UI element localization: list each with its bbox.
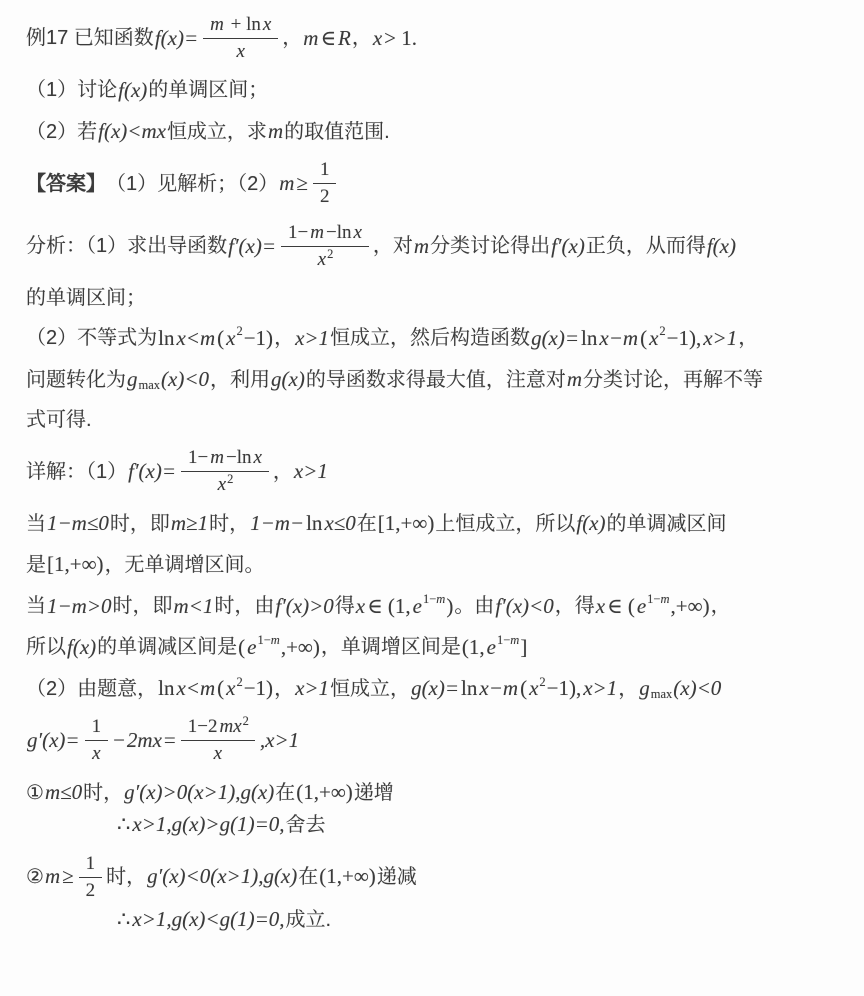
case-circle2-conclusion: ∴x>1,g(x)<g(1)=0,成立. [26,906,844,933]
math-italic-run: f(x) [117,77,148,104]
text-run: 的单调区间； [148,77,268,103]
math-roman-run: (1,+∞) [318,863,377,890]
math-italic-run: g′(x)>0(x>1),g(x) [123,779,275,806]
text-run: 时，即 [113,593,173,619]
text-run: ， [711,593,731,619]
math-roman-run: ] [519,634,528,661]
superscript: 2 [227,472,233,486]
text-run: 在 [357,511,377,537]
math-italic-run: 1−m− [249,510,305,537]
text-run: 递增 [354,780,394,806]
math-roman-run: −ln [325,222,353,243]
text-run: 详解：（1） [26,459,127,485]
text-run: 问题转化为 [26,367,126,393]
fraction-numerator: 1 [79,853,103,878]
text-run: 时， [209,511,249,537]
text-run: 恒成立，求 [167,119,267,145]
text-run: ， [274,676,294,702]
math-italic-run: m [302,25,319,52]
math-roman-run: 2 [539,675,545,689]
text-run: 例17 已知函数 [26,25,154,51]
math-roman-run: 1− [423,592,436,606]
math-italic-run: (x)<0 [160,366,210,393]
math-roman-run: ( [216,675,225,702]
math-roman-run: ∈ [319,25,337,52]
math-roman-run: ∈ ( [606,593,636,620]
math-italic-run: f(x)<mx [97,118,167,145]
problem-statement: 例17 已知函数 f(x)=m + lnxx， m ∈ R， x > 1. [26,14,844,63]
math-roman-run: ln [157,675,175,702]
math-italic-run: x [648,325,659,352]
fraction: 1−m−lnxx2 [181,447,269,496]
math-italic-run: 1−m>0 [46,593,113,620]
math-roman-run: (1,+∞) [295,779,354,806]
math-roman-run: ln [157,325,175,352]
fraction: 12 [79,853,103,902]
math-italic-run: e [412,593,423,620]
math-italic-run: x<m [175,325,216,352]
math-italic-run: 1−m≤0 [46,510,110,537]
math-roman-run: ,+∞) [280,634,321,661]
text-run: ② [26,864,44,890]
math-italic-run: f(x) [575,510,606,537]
math-italic-run: x [213,743,223,764]
math-italic-run: g′(x)<0(x>1),g(x) [146,863,298,890]
math-roman-run: ( [639,325,648,352]
text-run: 成立. [286,907,332,933]
math-italic-run: x [262,14,272,35]
math-roman-run: 2 [236,324,242,338]
math-italic-run: m [436,592,445,606]
math-roman-run: ∴ [116,906,131,933]
text-run: 当 [26,511,46,537]
scanned-math-document: 例17 已知函数 f(x)=m + lnxx， m ∈ R， x > 1.（1）… [0,0,864,996]
text-run: 。由 [454,593,494,619]
math-italic-run: m≤0 [44,779,83,806]
answer-summary: 【答案】（1）见解析；（2）m ≥ 12 [26,159,844,208]
math-italic-run: x>1,g(x)<g(1)=0, [131,906,285,933]
text-run: ， [352,25,372,51]
solution-part1-derivative: 详解：（1）f′(x)=1−m−lnxx2， x>1 [26,447,844,496]
text-run: ，单调增区间是 [321,634,461,660]
math-roman-run: ln [580,325,598,352]
case2-monotonic-line2: 所以 f(x) 的单调减区间是(e1−m,+∞)，单调增区间是(1,e1−m] [26,634,844,661]
g-derivative-equation: g′(x)=1x− 2mx =1−2mx2x,x>1 [26,716,844,765]
math-italic-run: m [209,447,225,468]
analysis-part1-continued: 的单调区间； [26,285,844,311]
math-italic-run: f′(x)<0 [494,593,554,620]
math-roman-run: 2 [659,324,665,338]
math-italic-run: R [337,25,352,52]
math-italic-run: x>1,g(x)>g(1)=0, [131,811,285,838]
math-roman-run: ) [445,593,454,620]
math-italic-run: x [528,675,539,702]
math-roman-run: ≥ [295,170,309,197]
text-run: 的单调减区间是 [97,634,237,660]
superscript: 2 [243,714,249,728]
math-roman-run: ln [305,510,323,537]
fraction: 1−m−lnxx2 [281,222,369,271]
math-italic-run: m [660,592,669,606]
math-italic-run: x>1 [294,325,330,352]
math-roman-run: −ln [225,447,253,468]
text-run: 式可得. [26,407,92,433]
math-italic-run: f(x)= [154,25,199,52]
math-roman-run: 1− [647,592,660,606]
text-run: 在 [298,864,318,890]
math-roman-run: − [112,727,126,754]
fraction-denominator: 2 [313,184,337,208]
text-run: （1）见解析；（2） [106,171,278,197]
text-run: 分析：（1）求出导函数 [26,233,227,259]
math-italic-run: g(x)= [530,325,580,352]
text-run: 是 [26,552,46,578]
text-run: 的导函数求得最大值，注意对 [306,367,566,393]
math-italic-run: x [217,474,227,495]
math-italic-run: m [267,118,284,145]
math-italic-run: m [278,170,295,197]
math-italic-run: 2mx [126,727,163,754]
document-content: 例17 已知函数 f(x)=m + lnxx， m ∈ R， x > 1.（1）… [26,14,844,934]
math-italic-run: f′(x)>0 [274,593,334,620]
math-italic-run: e [486,634,497,661]
superscript: 2 [327,247,333,261]
analysis-part2: （2）不等式为 lnx<m(x2−1)，x>1 恒成立，然后构造函数 g(x)=… [26,325,844,352]
text-run: 舍去 [286,812,326,838]
text-run: 分类讨论，再解不等 [583,367,763,393]
math-italic-run: g(x) [270,366,306,393]
text-run: 的单调减区间 [607,511,727,537]
math-roman-run: 1 [319,159,331,180]
math-roman-run: ∴ [116,811,131,838]
math-roman-run: 2 [319,186,331,207]
math-italic-run: f′(x)= [227,233,277,260]
math-italic-run: x [225,675,236,702]
text-run: 的单调区间； [26,285,146,311]
math-italic-run: m [413,233,430,260]
math-roman-run: [1,+∞) [377,510,436,537]
math-italic-run: x−m [478,675,519,702]
text-run: （2）若 [26,119,97,145]
text-run: 恒成立，然后构造函数 [330,325,530,351]
math-italic-run: mx [218,716,242,737]
math-italic-run: x [595,593,606,620]
fraction-numerator: 1−m−lnx [181,447,269,472]
text-run: ，对 [373,233,413,259]
math-italic-run: m [44,863,61,890]
math-roman-run: ln [460,675,478,702]
math-italic-run: x [352,222,362,243]
math-italic-run: (x)<0 [672,675,722,702]
math-italic-run: x [252,447,262,468]
math-roman-run: ( [519,675,528,702]
text-run: 时， [106,864,146,890]
solution-part2-setup: （2）由题意， lnx<m(x2−1)， x>1 恒成立， g(x)=lnx−m… [26,675,844,702]
math-italic-run: g [638,675,651,702]
case-circle1-conclusion: ∴x>1,g(x)>g(1)=0,舍去 [26,811,844,838]
math-roman-run: ,+∞) [670,593,711,620]
fraction-denominator: x [85,741,107,765]
math-roman-run: (1, [461,634,486,661]
fraction-numerator: 1 [313,159,337,184]
text-run: 得 [335,593,355,619]
math-roman-run: 2 [327,247,333,261]
math-roman-run: −1) [243,675,274,702]
math-italic-run: g′(x)= [26,727,81,754]
math-roman-run: 1− [287,222,309,243]
math-italic-run: m [271,633,280,647]
text-run: 恒成立， [330,676,410,702]
math-italic-run: x>1 [293,458,329,485]
fraction-denominator: x2 [211,472,240,496]
text-run: ，无单调增区间。 [105,552,265,578]
math-roman-run: 2 [227,472,233,486]
fraction-numerator: 1−m−lnx [281,222,369,247]
math-italic-run: ,x>1 [259,727,300,754]
math-roman-run: −1) [243,325,274,352]
fraction: 1x [85,716,109,765]
math-roman-run: 1 [91,716,103,737]
math-roman-run: 1− [497,633,510,647]
analysis-part2-continued: 问题转化为 gmax(x)<0，利用 g(x) 的导函数求得最大值，注意对 m … [26,366,844,393]
math-italic-run: x [91,743,101,764]
text-run: 在 [275,780,295,806]
fraction: 1−2mx2x [181,716,255,765]
math-roman-run: 2 [85,880,97,901]
text-run: （2）由题意， [26,676,157,702]
math-italic-run: m≥1 [170,510,209,537]
math-italic-run: m [309,222,325,243]
math-italic-run: g [126,366,139,393]
text-run: ， [282,25,302,51]
text-run: 时， [83,780,123,806]
math-italic-run: m<1 [173,593,215,620]
part1-question: （1）讨论 f(x) 的单调区间； [26,77,844,104]
math-italic-run: x [355,593,366,620]
fraction-denominator: x [229,39,251,63]
fraction-denominator: x2 [311,247,340,271]
math-italic-run: m [510,633,519,647]
text-run: ，利用 [210,367,270,393]
math-italic-run: g(x)= [410,675,460,702]
math-roman-run: > 1. [383,25,418,52]
text-run: 时，即 [110,511,170,537]
math-roman-run: 1−2 [187,716,219,737]
math-roman-run: + ln [225,14,262,35]
math-roman-run: ∈ (1, [366,593,412,620]
math-roman-run: = [163,727,177,754]
math-italic-run: e [246,634,257,661]
math-roman-run: 1− [187,447,209,468]
case-circle1-statement: ①m≤0时， g′(x)>0(x>1),g(x)在(1,+∞)递增 [26,779,844,806]
math-roman-run: 2 [243,714,249,728]
fraction: 12 [313,159,337,208]
case1-monotonic-line1: 当1−m≤0时，即 m≥1 时，1−m−lnx≤0 在[1,+∞)上恒成立，所以… [26,510,844,537]
case-circle2-statement: ②m ≥ 12时， g′(x)<0(x>1),g(x)在(1,+∞)递减 [26,853,844,902]
math-italic-run: x>1 [582,675,618,702]
math-roman-run: 1− [257,633,270,647]
text-run: 的取值范围. [284,119,390,145]
math-italic-run: x [225,325,236,352]
text-run: 所以 [26,634,66,660]
fraction-numerator: 1 [85,716,109,741]
text-run: 分类讨论得出 [430,233,550,259]
analysis-part1: 分析：（1）求出导函数 f′(x)=1−m−lnxx2，对 m 分类讨论得出 f… [26,222,844,271]
math-italic-run: m [566,366,583,393]
math-italic-run: x>1 [294,675,330,702]
text-run: 正负，从而得 [586,233,706,259]
math-roman-run: 2 [236,675,242,689]
math-italic-run: f′(x) [550,233,586,260]
math-italic-run: x [372,25,383,52]
math-roman-run: −1), [546,675,583,702]
fraction-numerator: 1−2mx2 [181,716,255,741]
text-run: （1）讨论 [26,77,117,103]
math-italic-run: e [636,593,647,620]
text-run: 当 [26,593,46,619]
fraction-denominator: 2 [79,878,103,902]
math-italic-run: x−m [598,325,639,352]
text-run: 上恒成立，所以 [435,511,575,537]
math-italic-run: x [235,41,245,62]
math-italic-run: f′(x)= [127,458,177,485]
math-roman-run: ( [216,325,225,352]
math-roman-run: [1,+∞) [46,551,105,578]
math-italic-run: f(x) [66,634,97,661]
text-run: （2）不等式为 [26,325,157,351]
text-run: 递减 [377,864,417,890]
math-italic-run: x<m [175,675,216,702]
math-italic-run: x≤0 [323,510,356,537]
math-italic-run: f(x) [706,233,737,260]
math-italic-run: m [209,14,225,35]
text-run: ，得 [555,593,595,619]
text-run: ， [273,459,293,485]
math-roman-run: 1 [85,853,97,874]
text-run: ， [618,676,638,702]
analysis-part2-end: 式可得. [26,407,844,433]
math-italic-run: x>1 [702,325,738,352]
text-run: 时，由 [214,593,274,619]
math-roman-run: ≥ [61,863,75,890]
fraction-denominator: x [207,741,229,765]
text-run: ， [274,325,294,351]
math-roman-run: max [139,378,161,392]
part2-question: （2）若 f(x)<mx 恒成立，求 m 的取值范围. [26,118,844,145]
text-run: ① [26,780,44,806]
bold-text-run: 【答案】 [26,171,106,197]
case2-monotonic-line1: 当1−m>0时，即 m<1 时，由 f′(x)>0 得 x ∈ (1,e1−m)… [26,593,844,620]
math-roman-run: max [651,687,673,701]
math-italic-run: x [317,249,327,270]
case1-monotonic-line2: 是[1,+∞)，无单调增区间。 [26,551,844,578]
fraction: m + lnxx [203,14,278,63]
math-roman-run: −1), [666,325,703,352]
fraction-numerator: m + lnx [203,14,278,39]
math-roman-run: ( [237,634,246,661]
text-run: ， [738,325,758,351]
